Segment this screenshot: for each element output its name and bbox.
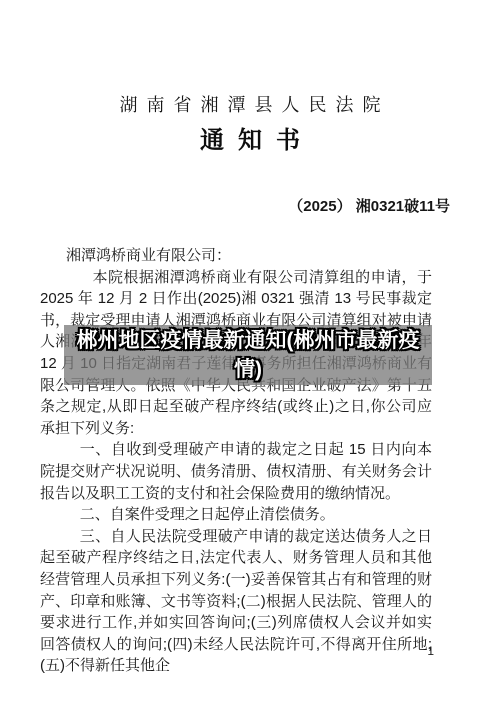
overlay-title-text: 郴州地区疫情最新通知(郴州市最新疫情) [64,326,432,384]
document-page: 湖南省湘潭县人民法院 通知书 （2025） 湘0321破11号 湘潭鸿桥商业有限… [0,0,500,708]
case-number: （2025） 湘0321破11号 [0,198,500,216]
addressee-line: 湘潭鸿桥商业有限公司： [40,245,432,267]
body-paragraph-duty-3: 三、自人民法院受理破产申请的裁定送达债务人之日起至破产程序终结之日,法定代表人、… [40,526,432,677]
court-name-heading: 湖南省湘潭县人民法院 [0,94,500,116]
page-number: 1 [427,644,434,658]
overlay-title-band: 郴州地区疫情最新通知(郴州市最新疫情) [64,325,432,385]
body-paragraph-duty-1: 一、自收到受理破产申请的裁定之日起 15 日内向本院提交财产状况说明、债务清册、… [40,439,432,504]
document-title: 通知书 [0,126,500,156]
document-body: 湘潭鸿桥商业有限公司： 本院根据湘潭鸿桥商业有限公司清算组的申请，于 2025 … [0,245,500,677]
body-paragraph-duty-2: 二、自案件受理之日起停止清偿债务。 [40,504,432,526]
